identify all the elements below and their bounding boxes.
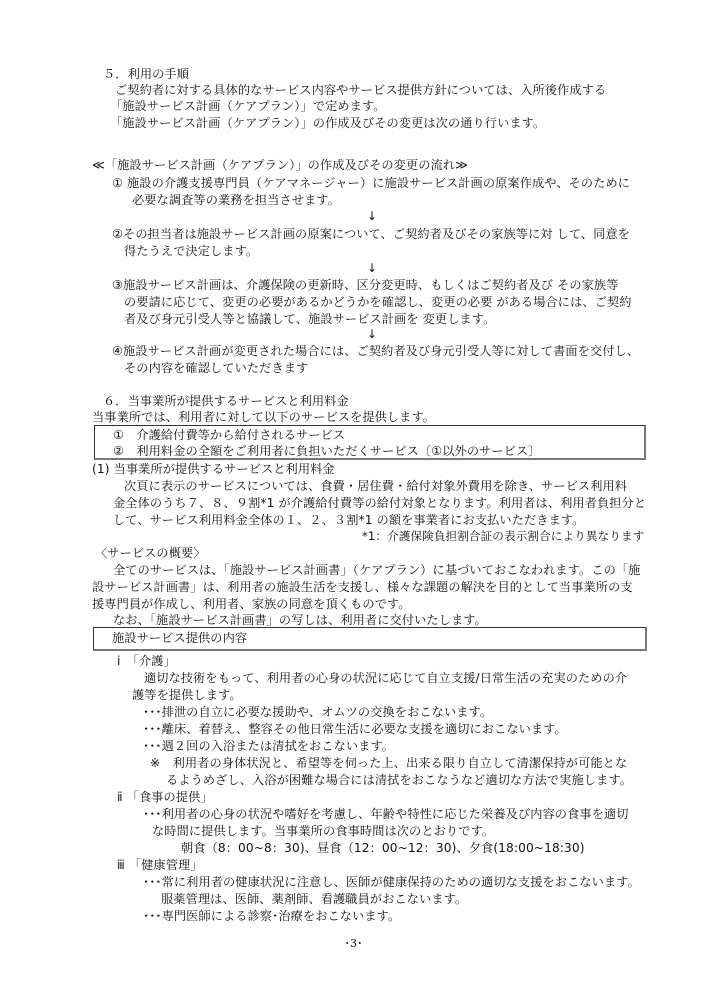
care-bullet: ･･･離床、着替え、整容その他日常生活に必要な支援を適切におこないます。 (143, 721, 567, 737)
care-desc: 護等を提供します。 (132, 687, 242, 703)
content-box-title: 施設サービス提供の内容 (112, 630, 247, 646)
care-note: ※ 利用者の身体状況と、希望等を伺った上、出来る限り自立して清潔保持が可能とな (150, 755, 627, 771)
care-label: ⅰ 「介護」 (117, 653, 176, 669)
section5-intro-line: ご契約者に対する具体的なサービス内容やサービス提供方針については、入所後作成する (115, 82, 606, 98)
overview-body: なお、「施設サービス計画書」の写しは、利用者に交付いたします。 (113, 612, 487, 628)
overview-body: 設サービス計画書」は、利用者の施設生活を支援し、様々な課題の解決を目的として当事… (92, 579, 633, 595)
health-line: 服薬管理は、医師、薬剤師、看護職員がおこないます。 (161, 891, 467, 907)
health-line: ･･･常に利用者の健康状況に注意し、医師が健康保持のための適切な支援をおこないま… (143, 874, 640, 890)
flow-step-1-cont: 必要な調査等の業務を担当させます。 (132, 192, 340, 208)
section5-intro-line: 「施設サービス計画（ケアプラン）」の作成及びその変更は次の通り行います。 (110, 115, 545, 131)
overview-heading: 〈サービスの概要〉 (95, 545, 206, 561)
flow-step-2-cont: 得たうえで決定します。 (124, 243, 258, 259)
care-bullet: ･･･週２回の入浴または清拭をおこないます。 (143, 738, 394, 754)
overview-body: 援専門員が作成し、利用者、家族の同意を頂くものです。 (92, 596, 411, 612)
meals-label: ⅱ 「食事の提供」 (117, 789, 213, 805)
flow-step-3: ③施設サービス計画は、介護保険の更新時、区分変更時、もしくはご契約者及び その家… (112, 277, 619, 293)
down-arrow-icon: ↓ (367, 261, 377, 275)
health-line: ･･･専門医師による診察･治療をおこないます。 (143, 908, 400, 924)
care-desc: 適切な技術をもって、利用者の心身の状況に応じて自立支援/日常生活の充実のための介 (144, 670, 627, 686)
flow-step-3-cont: の要請に応じて、変更の必要があるかどうかを確認し、変更の必要 がある場合には、ご… (124, 294, 632, 310)
section5-intro-line: 「施設サービス計画（ケアプラン）」で定めます。 (110, 98, 386, 114)
flow-step-2: ②その担当者は施設サービス計画の原案について、ご契約者及びその家族等に対 して、… (112, 226, 630, 242)
service-type-item: ② 利用料金の全額をご利用者に負担いただくサービス〔①以外のサービス〕 (113, 443, 541, 459)
service-type-item: ① 介護給付費等から給付されるサービス (113, 427, 345, 443)
subsection1-body: 次頁に表示のサービスについては、食費・居住費・給付対象外費用を除き、サービス利用… (124, 478, 627, 494)
section6-heading: ６．当事業所が提供するサービスと利用料金 (103, 393, 349, 409)
subsection1-heading: (1) 当事業所が提供するサービスと利用料金 (92, 461, 335, 477)
health-label: ⅲ 「健康管理」 (117, 857, 203, 873)
page-number: ･3･ (0, 935, 707, 951)
subsection1-body: して、サービス利用料金全体の１、２、３割*1 の額を事業者にお支払いただきます。 (113, 512, 584, 528)
document-page: ５．利用の手順 ご契約者に対する具体的なサービス内容やサービス提供方針については… (0, 0, 707, 1000)
flow-step-3-cont: 者及び身元引受人等と協議して、施設サービス計画を 変更します。 (124, 311, 495, 327)
flow-title: ≪「施設サービス計画（ケアプラン）」の作成及びその変更の流れ≫ (92, 157, 468, 173)
care-note: るようめざし、入浴が困難な場合には清拭をおこなうなど適切な方法で実施します。 (166, 772, 632, 788)
care-bullet: ･･･排泄の自立に必要な援助や、オムツの交換をおこないます。 (143, 704, 492, 720)
meal-times: 朝食（8：00~8：30)、昼食（12：00~12：30)、夕食(18:00~1… (181, 840, 585, 856)
meals-line: な時間に提供します。当事業所の食事時間は次のとおりです。 (152, 823, 494, 839)
overview-body: 全てのサービスは、「施設サービス計画書」（ケアプラン）に基づいておこなわれます。… (113, 562, 640, 578)
section5-heading: ５．利用の手順 (103, 66, 189, 82)
footnote: *1：介護保険負担割合証の表示割合により異なります (362, 528, 644, 544)
section6-intro: 当事業所では、利用者に対して以下のサービスを提供します。 (92, 409, 435, 425)
flow-step-1: ① 施設の介護支援専門員（ケアマネージャー）に施設サービス計画の原案作成や、その… (112, 175, 630, 191)
down-arrow-icon: ↓ (367, 327, 377, 341)
down-arrow-icon: ↓ (367, 209, 377, 223)
flow-step-4: ④施設サービス計画が変更された場合には、ご契約者及び身元引受人等に対して書面を交… (112, 343, 639, 359)
subsection1-body: 金全体のうち７、８、９割*1 が介護給付費等の給付対象となります。利用者は、利用… (113, 495, 646, 511)
meals-line: ･･･利用者の心身の状況や嗜好を考慮し、年齢や特性に応じた栄養及び内容の食事を適… (143, 806, 629, 822)
flow-step-4-cont: その内容を確認していただきます (124, 360, 308, 376)
